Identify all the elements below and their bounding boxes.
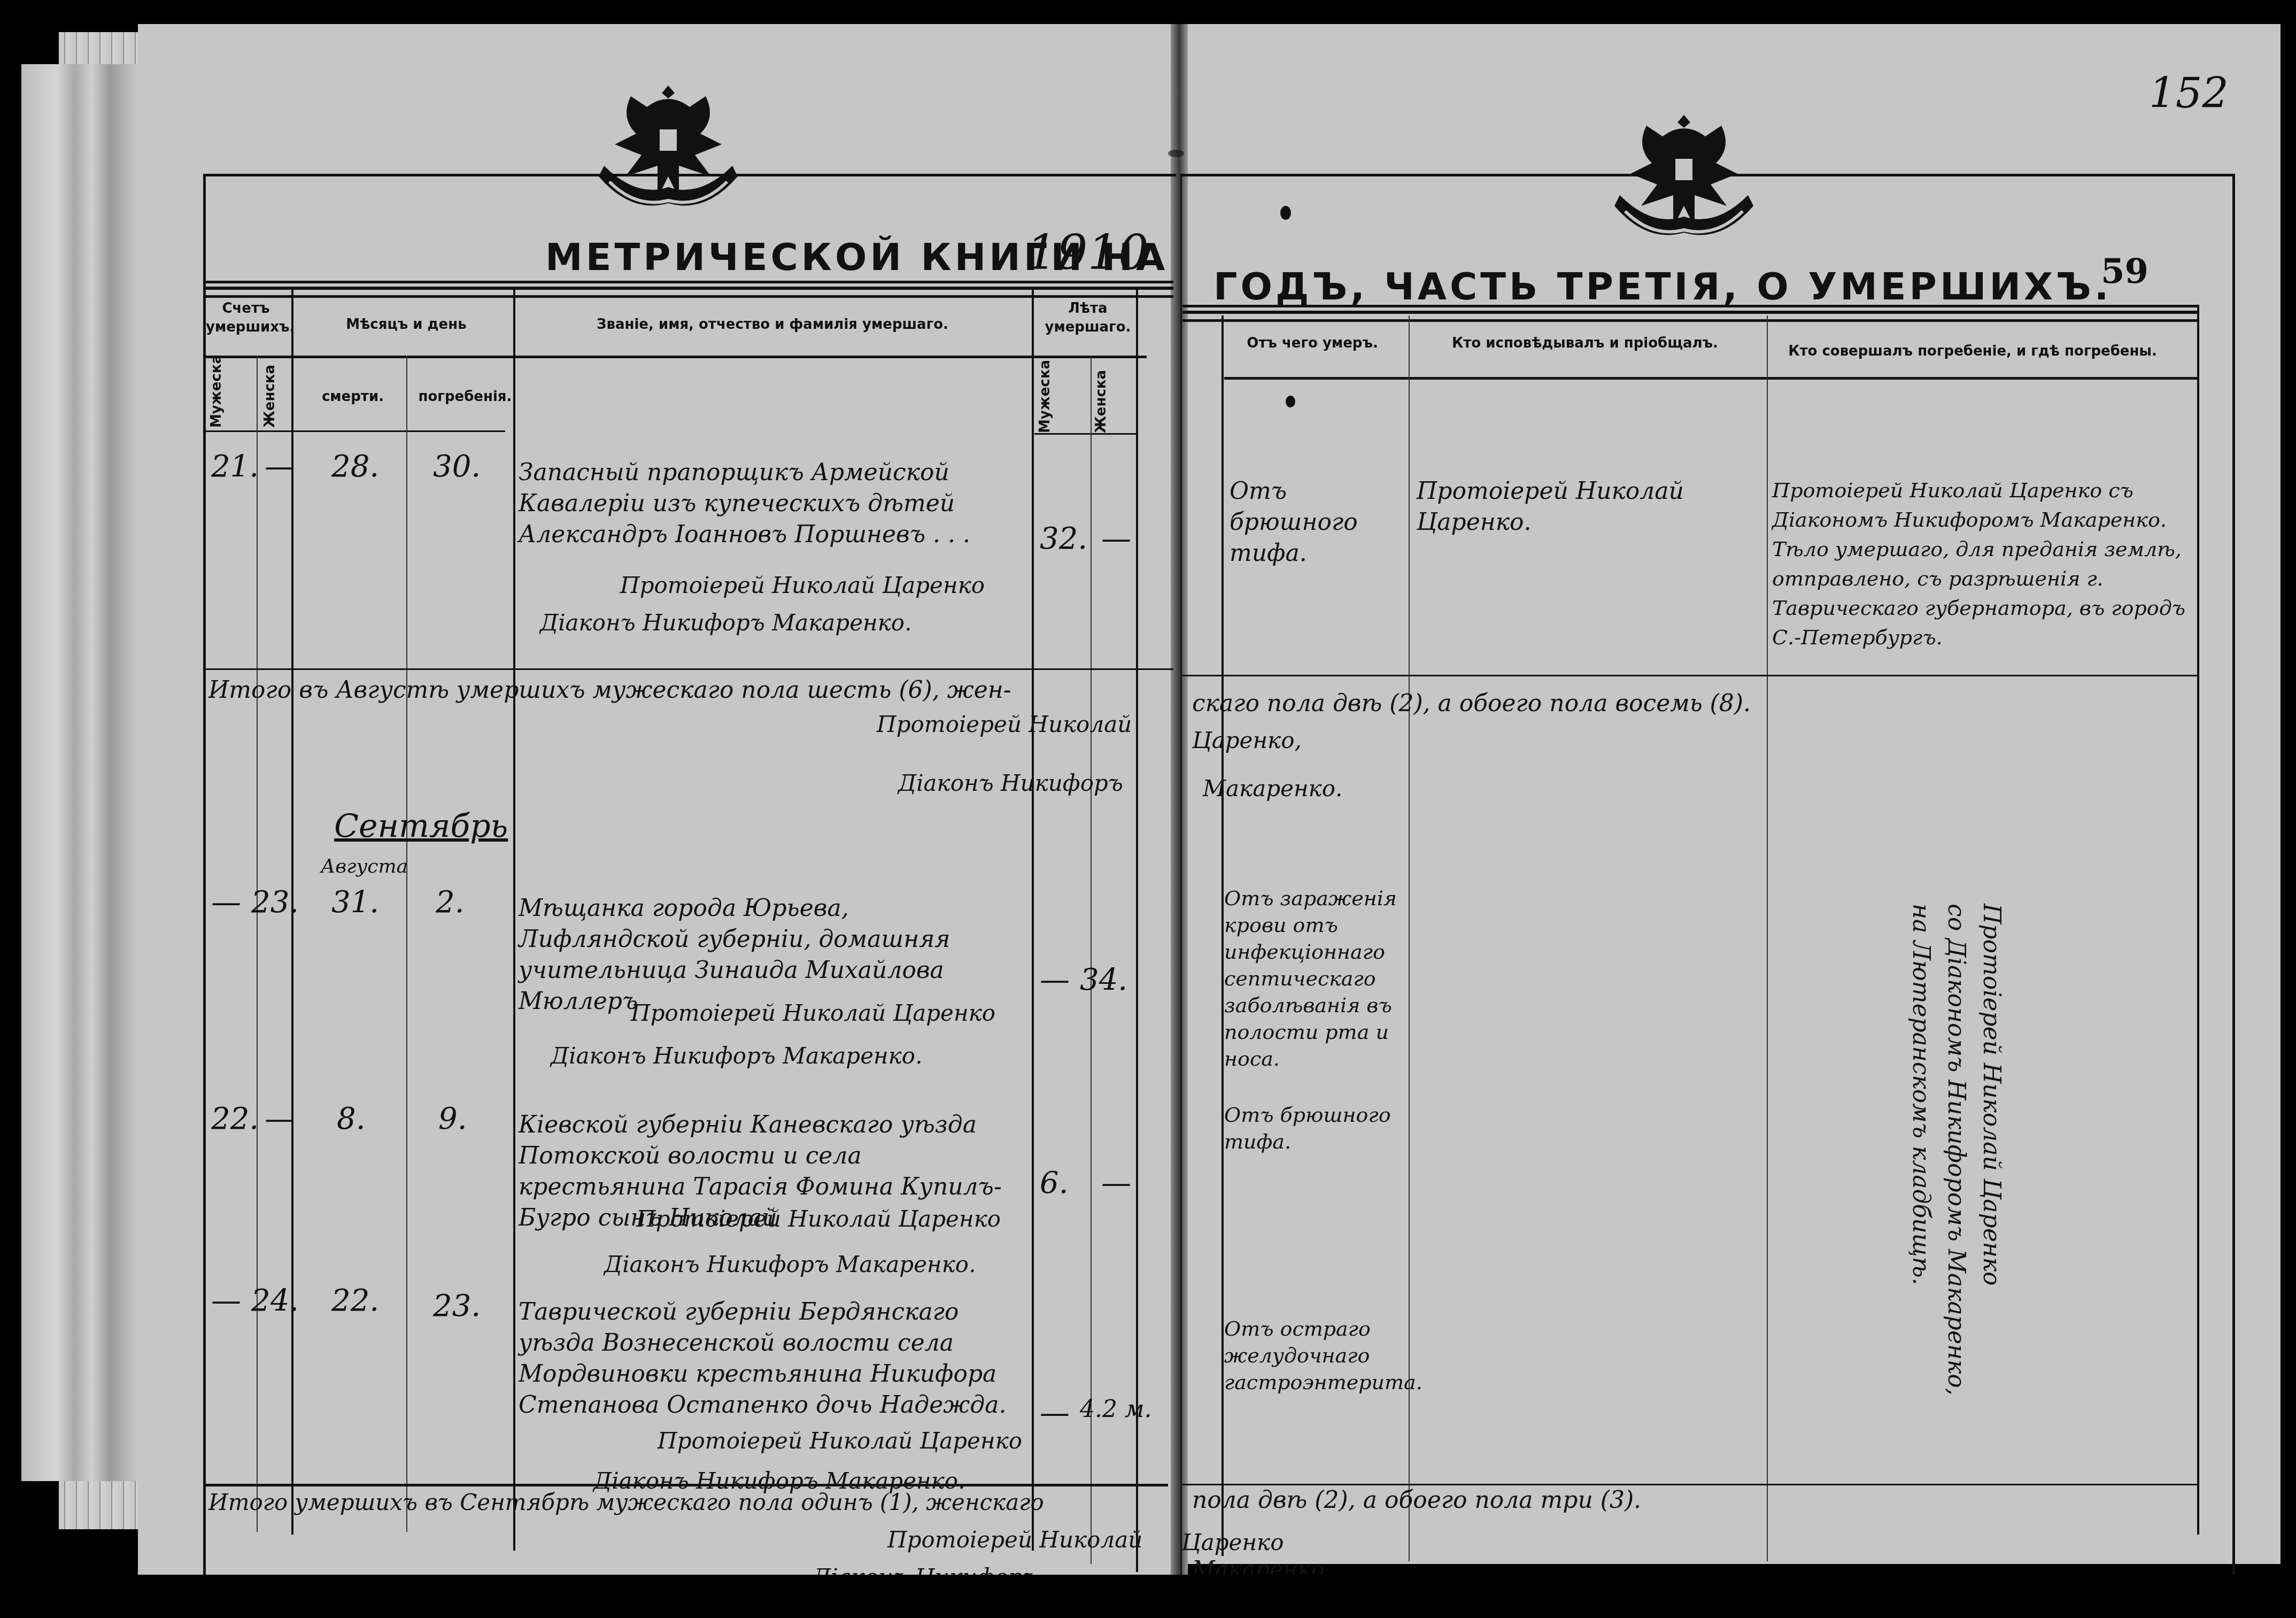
record-2-age-female: 34.	[1080, 962, 1127, 997]
subheader-count-female: Женска	[262, 369, 278, 428]
record-2-cause: Отъ зараженія крови отъ инфекціоннаго се…	[1224, 885, 1406, 1072]
record-1-priest-signature: Протоіерей Николай Царенко	[620, 572, 985, 598]
folio-number: 152	[2149, 70, 2229, 118]
record-2-deacon-signature: Діаконъ Никифоръ Макаренко.	[551, 1043, 922, 1069]
august-deacon-sig-right: Макаренко.	[1203, 775, 1342, 802]
header-divider-left	[206, 356, 1147, 358]
september-month-header: Сентябрь	[334, 807, 508, 845]
record-3-burial-day: 9.	[438, 1101, 467, 1136]
august-total-right: скаго пола двѣ (2), а обоего пола восемь…	[1192, 690, 1751, 717]
header-divider-right	[1224, 377, 2197, 380]
col-header-count: Счетъ умершихъ.	[206, 299, 286, 337]
subheader-divider-left	[206, 430, 505, 432]
col-header-confessor: Кто исповѣдывалъ и пріобщалъ.	[1411, 334, 1759, 353]
record-3-male-no: 22.	[211, 1101, 259, 1136]
september-total-divider-right	[1182, 1484, 2198, 1485]
record-2-male-no: —	[211, 885, 241, 920]
record-1-deacon-signature: Діаконъ Никифоръ Макаренко.	[540, 610, 911, 636]
col-line	[1222, 315, 1224, 1556]
record-divider	[206, 668, 1173, 670]
record-2-death-month-note: Августа	[321, 856, 408, 877]
book-edge-left	[21, 64, 139, 1481]
september-priest-sig-right: Царенко	[1181, 1529, 1284, 1555]
record-2-name: Мѣщанка города Юрьева, Лифляндской губер…	[519, 893, 1026, 1017]
col-header-burial-by: Кто совершалъ погребеніе, и гдѣ погребен…	[1775, 342, 2170, 361]
imperial-eagle-emblem-left	[588, 75, 748, 230]
record-3-priest-signature: Протоіерей Николай Царенко	[636, 1206, 1001, 1232]
burial-note-line-2: со Діакономъ Никифоромъ Макаренко,	[1943, 904, 1970, 1396]
september-total-right: пола двѣ (2), а обоего пола три (3).	[1192, 1486, 1641, 1514]
record-1-burial-day: 30.	[433, 449, 481, 484]
col-header-name: Званіе, имя, отчество и фамилія умершаго…	[519, 315, 1026, 334]
record-4-cause: Отъ остраго желудочнаго гастроэнтерита.	[1224, 1315, 1406, 1396]
col-header-age: Лѣта умершаго.	[1032, 299, 1144, 337]
col-header-cause: Отъ чего умеръ.	[1224, 334, 1401, 353]
subheader-age-male: Мужеска	[1037, 369, 1053, 433]
record-3-female-no: —	[265, 1101, 295, 1136]
burial-note-line-3: на Лютеранскомъ кладбищѣ.	[1907, 904, 1935, 1285]
record-1-death-day: 28.	[331, 449, 379, 484]
record-divider	[1182, 675, 2198, 676]
header-rule-left	[206, 281, 1173, 298]
september-burial-note: Протоіерей Николай Царенко со Діакономъ …	[1903, 904, 2009, 1438]
september-total-divider-left	[206, 1484, 1168, 1486]
record-1-age-male: 32.	[1040, 521, 1087, 556]
ink-dot	[1280, 206, 1291, 220]
col-header-month-day: Мѣсяцъ и день	[299, 315, 513, 334]
august-total-left: Итого въ Августѣ умершихъ мужескаго пола…	[208, 676, 1011, 704]
col-line	[1767, 315, 1768, 1561]
ink-dot	[1286, 396, 1295, 407]
record-4-female-no: 24.	[251, 1283, 299, 1318]
record-4-priest-signature: Протоіерей Николай Царенко	[658, 1428, 1022, 1454]
year-handwritten: 1910	[1026, 225, 1149, 281]
record-2-priest-signature: Протоіерей Николай Царенко	[631, 1000, 995, 1026]
subheader-divider-age	[1034, 433, 1136, 435]
header-rule-right	[1182, 305, 2198, 322]
record-3-deacon-signature: Діаконъ Никифоръ Макаренко.	[604, 1251, 976, 1277]
september-priest-sig-left: Протоіерей Николай	[887, 1527, 1142, 1553]
august-deacon-sig-left: Діаконъ Никифоръ	[898, 770, 1123, 796]
record-1-burial-by: Протоіерей Николай Царенко съ Діакономъ …	[1772, 476, 2194, 652]
record-4-male-no: —	[211, 1283, 241, 1318]
record-2-female-no: 23.	[251, 885, 299, 920]
record-4-age-female: 4.2 м.	[1080, 1396, 1151, 1423]
double-headed-eagle-crest-icon	[1604, 104, 1764, 259]
col-line	[1032, 289, 1034, 1551]
title-right: ГОДЪ, ЧАСТЬ ТРЕТІЯ, О УМЕРШИХЪ.	[1213, 265, 2112, 309]
ink-smudge	[1168, 150, 1184, 157]
september-total-left: Итого умершихъ въ Сентябрѣ мужескаго пол…	[208, 1489, 1044, 1515]
subheader-death: смерти.	[299, 388, 406, 406]
record-1-female-no: —	[265, 449, 295, 484]
record-4-name: Таврической губерніи Бердянскаго уѣзда В…	[519, 1297, 1026, 1421]
record-2-death-day: 31.	[331, 885, 379, 920]
record-3-cause: Отъ брюшного тифа.	[1224, 1101, 1406, 1155]
record-4-age-male: —	[1040, 1396, 1070, 1430]
subheader-count-male: Мужеска	[208, 369, 225, 428]
col-line	[2197, 305, 2199, 1535]
col-line	[406, 356, 407, 1532]
burial-note-line-1: Протоіерей Николай Царенко	[1978, 904, 2005, 1285]
record-4-burial-day: 23.	[433, 1289, 481, 1323]
scan-bottom-shadow	[0, 1575, 2296, 1618]
printed-page-number: 59	[2101, 251, 2148, 291]
august-priest-sig-left: Протоіерей Николай	[877, 711, 1132, 737]
record-1-age-female: —	[1101, 521, 1131, 556]
record-1-male-no: 21.	[211, 449, 259, 484]
record-3-age-female: —	[1101, 1166, 1131, 1200]
double-headed-eagle-crest-icon	[588, 75, 748, 230]
record-3-age-male: 6.	[1040, 1166, 1068, 1200]
august-priest-sig-right: Царенко,	[1192, 727, 1302, 753]
record-2-burial-day: 2.	[436, 885, 464, 920]
record-1-confessor: Протоіерей Николай Царенко.	[1417, 476, 1759, 538]
imperial-eagle-emblem-right	[1604, 104, 1764, 259]
col-line	[513, 289, 515, 1551]
subheader-burial: погребенія.	[412, 388, 519, 406]
col-line	[257, 356, 258, 1532]
subheader-age-female: Женска	[1093, 369, 1109, 433]
record-1-cause: Отъ брюшного тифа.	[1230, 476, 1401, 569]
record-4-death-day: 22.	[331, 1283, 379, 1318]
record-1-name: Запасный прапорщикъ Армейской Кавалеріи …	[519, 457, 1026, 550]
col-line	[1091, 356, 1092, 1564]
record-3-death-day: 8.	[337, 1101, 365, 1136]
record-2-age-male: —	[1040, 962, 1070, 997]
col-line	[1136, 289, 1138, 1572]
